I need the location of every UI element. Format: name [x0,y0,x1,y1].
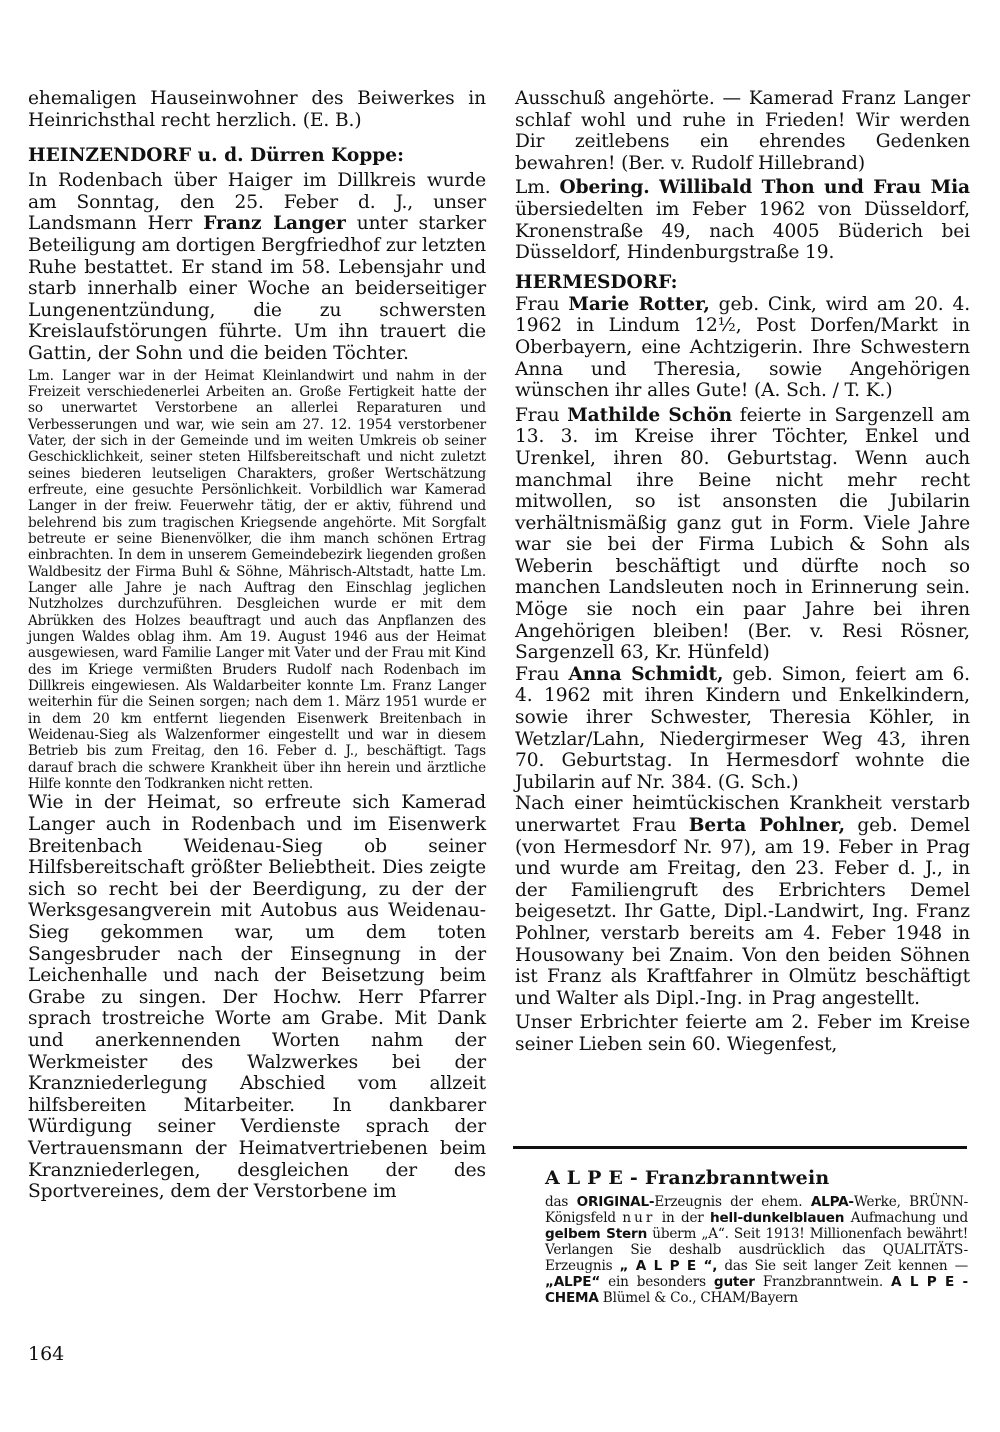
obituary-langer-paragraph: In Rodenbach über Haiger im Dillkreis wu… [28,170,486,364]
ad-text: Aufmachung und [844,1210,968,1226]
notice-thon: Lm. Obering. Willibald Thon und Frau Mia… [515,177,970,263]
ad-emphasis: „ALPE“ [545,1274,600,1290]
obituary-langer-funeral: Wie in der Heimat, so erfreute sich Kame… [28,792,486,1202]
ad-text: in der [655,1210,710,1226]
ad-body: das ORIGINAL-Erzeugnis der ehem. ALPA-We… [545,1194,968,1306]
right-column: Ausschuß angehörte. — Kamerad Franz Lang… [515,88,970,1056]
page-number: 164 [28,1343,64,1365]
notice-text: geb. Demel (von Hermesdorf Nr. 97), am 1… [515,815,970,1009]
ad-emphasis: hell-dunkelblauen [710,1210,844,1226]
person-name-rotter: Marie Rotter, [568,294,709,315]
notice-text: Frau [515,294,568,315]
ad-text: ein besonders [600,1274,714,1290]
ad-title: A L P E - Franzbranntwein [545,1166,968,1190]
section-heading-heinzendorf: HEINZENDORF u. d. Dürren Koppe: [28,145,486,167]
obituary-text: unter starker Beteiligung am dortigen Be… [28,213,486,364]
ad-text: das [545,1194,577,1210]
notice-schoen: Frau Mathilde Schön feierte in Sargenzel… [515,405,970,664]
ad-emphasis: ALPA- [811,1194,854,1210]
continuation-paragraph: Ausschuß angehörte. — Kamerad Franz Lang… [515,88,970,174]
notice-text: Frau [515,405,567,426]
horizontal-rule-divider [513,1146,967,1149]
ad-emphasis: ORIGINAL- [577,1194,655,1210]
advertisement-alpe: A L P E - Franzbranntwein das ORIGINAL-E… [545,1166,968,1306]
person-name-schoen: Mathilde Schön [567,405,732,426]
intro-paragraph: ehemaligen Hauseinwohner des Beiwerkes i… [28,88,486,131]
ad-emphasis: gelbem Stern [545,1226,647,1242]
ad-emphasis: guter [714,1274,755,1290]
ad-text: das Sie seit langer Zeit kennen — [717,1258,968,1274]
ad-spaced-text: nur [622,1210,655,1226]
notice-text: Frau [515,664,568,685]
notice-pohlner: Nach einer heimtückischen Krankheit vers… [515,793,970,1009]
notice-rotter: Frau Marie Rotter, geb. Cink, wird am 20… [515,294,970,402]
ad-emphasis: „ A L P E “, [620,1258,718,1274]
notice-text: feierte in Sargenzell am 13. 3. im Kreis… [515,405,970,664]
person-name-franz-langer: Franz Langer [203,213,346,234]
person-name-thon: Obering. Willibald Thon und Frau Mia [560,177,970,198]
notice-schmidt: Frau Anna Schmidt, geb. Simon, feiert am… [515,664,970,794]
ad-text: Franzbranntwein. [755,1274,891,1290]
notice-text: übersiedelten im Feber 1962 von Düsseldo… [515,199,970,263]
person-name-schmidt: Anna Schmidt, [568,664,723,685]
notice-text: Lm. [515,177,560,198]
person-name-pohlner: Berta Pohlner, [689,815,845,836]
section-heading-hermesdorf: HERMESDORF: [515,272,970,294]
ad-text: Blümel & Co., CHAM/Bayern [599,1290,798,1306]
obituary-langer-detail: Lm. Langer war in der Heimat Kleinlandwi… [28,368,486,793]
left-column: ehemaligen Hauseinwohner des Beiwerkes i… [28,88,486,1203]
ad-text: Erzeugnis der ehem. [654,1194,810,1210]
notice-erbrichter: Unser Erbrichter feierte am 2. Feber im … [515,1012,970,1055]
